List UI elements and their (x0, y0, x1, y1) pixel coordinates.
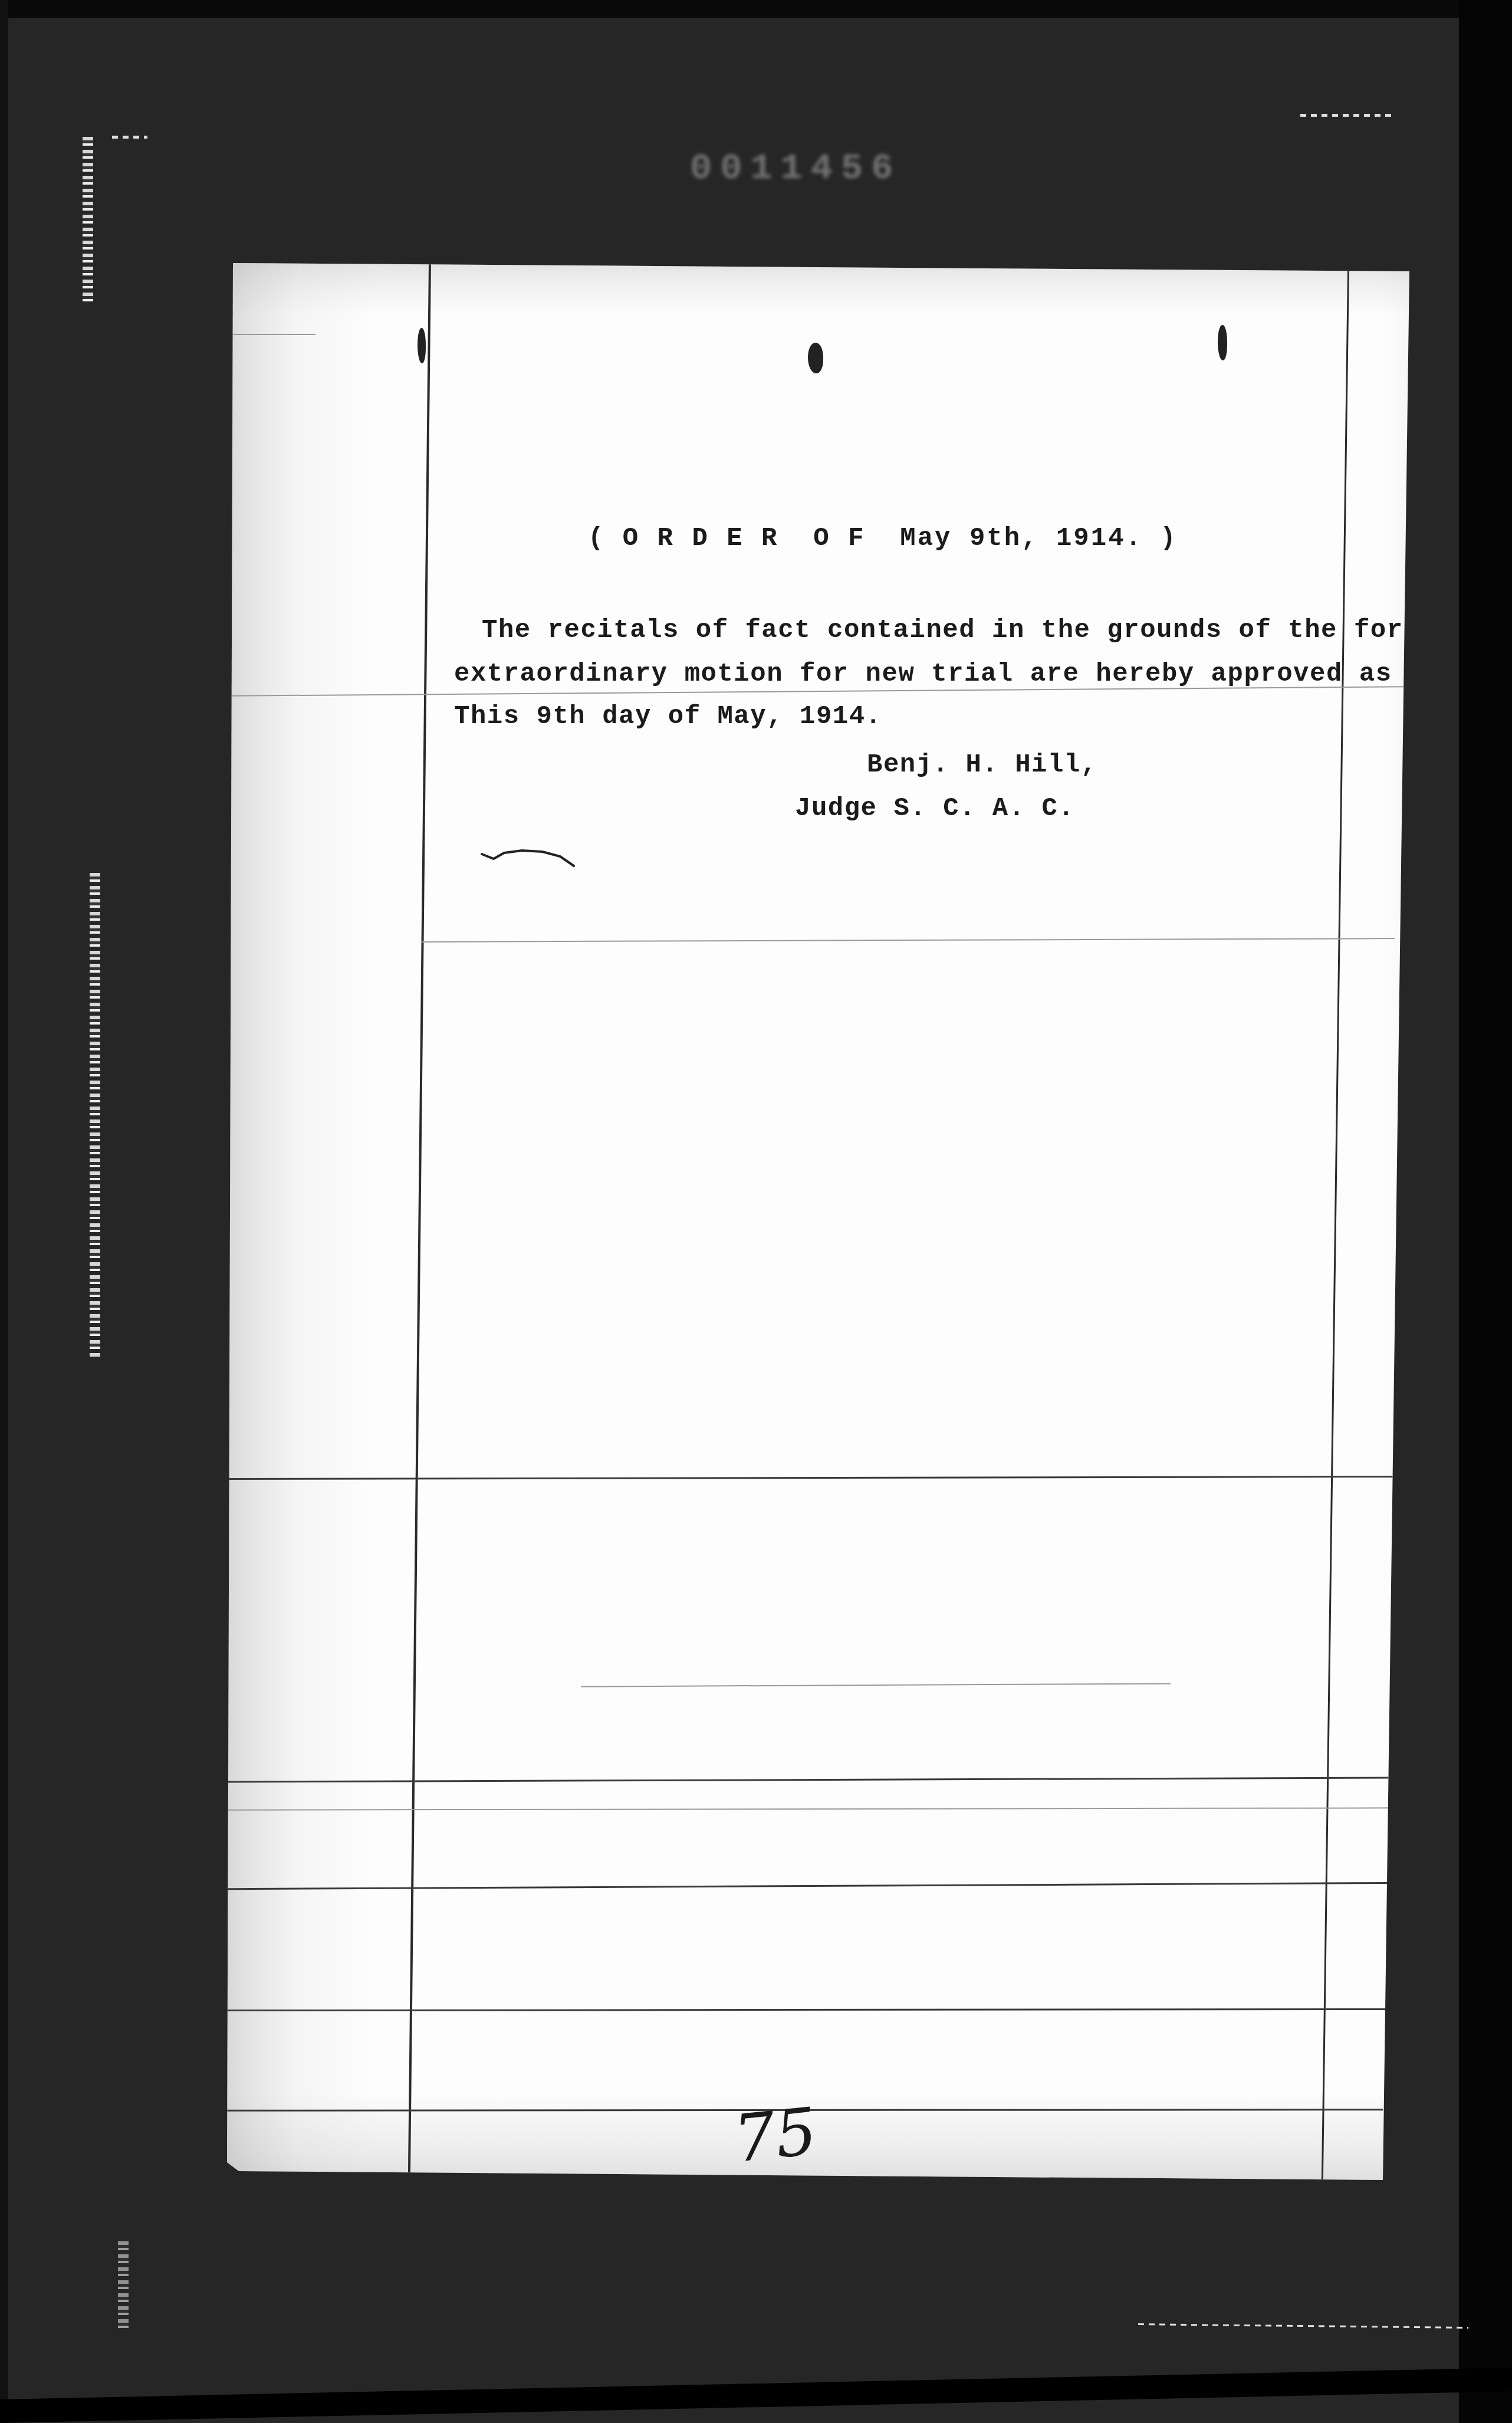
film-edge-bottom (0, 2368, 1512, 2423)
film-edge-top (0, 0, 1512, 18)
ink-blot (808, 343, 823, 373)
signature-title: Judge S. C. A. C. (795, 794, 1074, 823)
body-text-line: extraordinary motion for new trial are h… (454, 659, 1491, 689)
signature-name: Benj. H. Hill, (867, 750, 1097, 780)
ink-blot (1218, 325, 1227, 360)
film-artifact (112, 136, 147, 139)
film-edge-marking (118, 2241, 129, 2330)
document-page: ( O R D E R O F May 9th, 1914. ) The rec… (227, 263, 1409, 2180)
pen-mark (481, 847, 581, 871)
body-text-line: The recitals of fact contained in the gr… (482, 616, 1502, 645)
microfilm-frame-number: 0011456 (690, 147, 901, 189)
order-heading: ( O R D E R O F May 9th, 1914. ) (588, 524, 1178, 553)
page-number: 75 (731, 2093, 821, 2177)
crease-line (227, 334, 315, 335)
film-artifact (1300, 114, 1395, 117)
film-edge-marking (90, 873, 100, 1357)
film-edge-left (0, 0, 8, 2423)
film-edge-marking (83, 137, 93, 302)
film-artifact (1138, 2323, 1468, 2329)
film-edge-right (1459, 0, 1512, 2423)
ink-blot (418, 328, 426, 363)
body-text-line: This 9th day of May, 1914. (454, 702, 882, 731)
